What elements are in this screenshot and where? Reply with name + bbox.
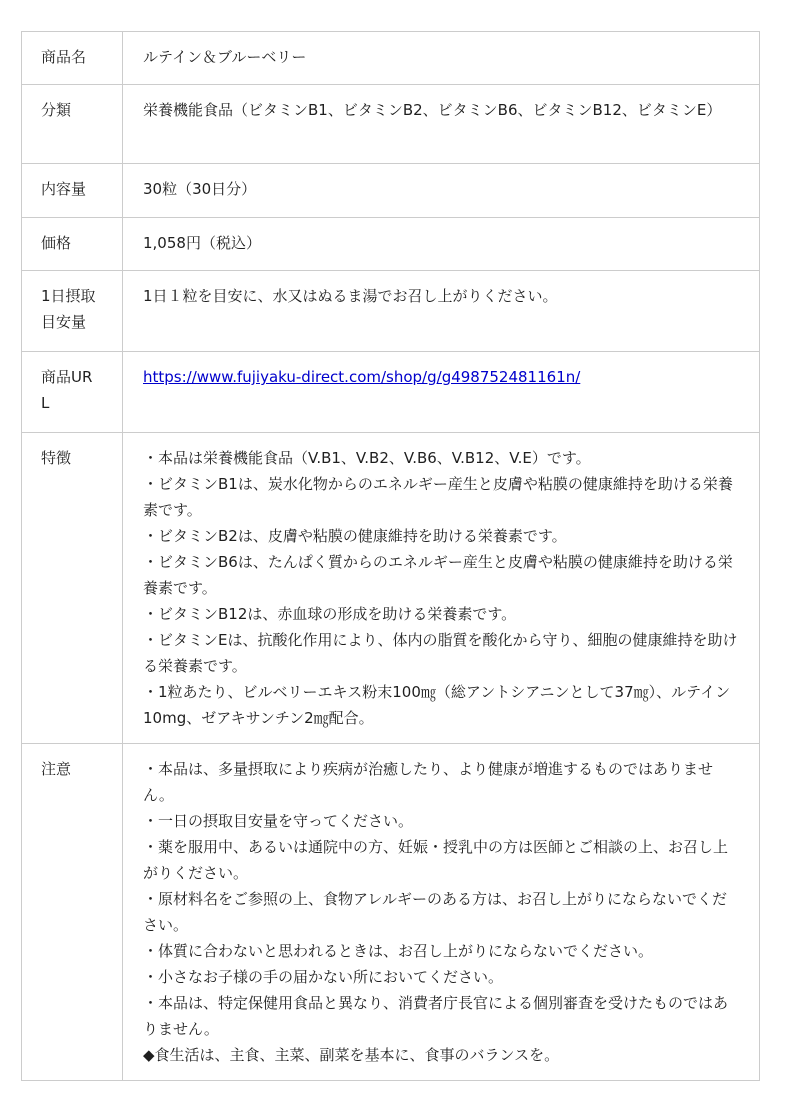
row-label-cautions: 注意 [22,744,123,1081]
caution-item: ・体質に合わないと思われるときは、お召し上がりにならないでください。 [143,938,741,964]
price-value: 1,058円（税込） [143,234,261,252]
feature-item: ・ビタミンB6は、たんぱく質からのエネルギー産生と皮膚や粘膜の健康維持を助ける栄… [143,549,741,601]
table-row: 商品URL https://www.fujiyaku-direct.com/sh… [22,352,760,433]
row-label-product-name: 商品名 [22,32,123,85]
table-row: 分類 栄養機能食品（ビタミンB1、ビタミンB2、ビタミンB6、ビタミンB12、ビ… [22,85,760,164]
caution-item: ・本品は、特定保健用食品と異なり、消費者庁長官による個別審査を受けたものではあり… [143,990,741,1042]
row-label-price: 価格 [22,218,123,271]
table-row: 価格 1,058円（税込） [22,218,760,271]
contents-value: 30粒（30日分） [143,180,256,198]
row-label-product-url: 商品URL [22,352,123,433]
table-row: 内容量 30粒（30日分） [22,164,760,218]
table-row: 商品名 ルテイン＆ブルーベリー [22,32,760,85]
daily-intake-value: 1日１粒を目安に、水又はぬるま湯でお召し上がりください。 [143,287,558,305]
feature-item: ・1粒あたり、ビルベリーエキス粉末100㎎（総アントシアニンとして37㎎）、ルテ… [143,679,741,731]
feature-item: ・ビタミンB2は、皮膚や粘膜の健康維持を助ける栄養素です。 [143,523,741,549]
caution-item: ・小さなお子様の手の届かない所においてください。 [143,964,741,990]
product-name-value: ルテイン＆ブルーベリー [143,48,306,66]
caution-item: ◆食生活は、主食、主菜、副菜を基本に、食事のバランスを。 [143,1042,741,1068]
caution-item: ・本品は、多量摂取により疾病が治癒したり、より健康が増進するものではありません。 [143,756,741,808]
feature-item: ・本品は栄養機能食品（V.B1、V.B2、V.B6、V.B12、V.E）です。 [143,445,741,471]
product-spec-table: 商品名 ルテイン＆ブルーベリー 分類 栄養機能食品（ビタミンB1、ビタミンB2、… [21,31,760,1081]
category-value: 栄養機能食品（ビタミンB1、ビタミンB2、ビタミンB6、ビタミンB12、ビタミン… [143,101,721,119]
product-url-link[interactable]: https://www.fujiyaku-direct.com/shop/g/g… [143,368,580,386]
features-list: ・本品は栄養機能食品（V.B1、V.B2、V.B6、V.B12、V.E）です。 … [123,433,760,744]
table-row: 特徴 ・本品は栄養機能食品（V.B1、V.B2、V.B6、V.B12、V.E）で… [22,433,760,744]
product-spec-page: 商品名 ルテイン＆ブルーベリー 分類 栄養機能食品（ビタミンB1、ビタミンB2、… [0,0,800,1093]
table-row: 注意 ・本品は、多量摂取により疾病が治癒したり、より健康が増進するものではありま… [22,744,760,1081]
row-label-contents: 内容量 [22,164,123,218]
table-row: 1日摂取目安量 1日１粒を目安に、水又はぬるま湯でお召し上がりください。 [22,271,760,352]
row-label-category: 分類 [22,85,123,164]
caution-item: ・原材料名をご参照の上、食物アレルギーのある方は、お召し上がりにならないでくださ… [143,886,741,938]
caution-item: ・一日の摂取目安量を守ってください。 [143,808,741,834]
feature-item: ・ビタミンB12は、赤血球の形成を助ける栄養素です。 [143,601,741,627]
row-label-features: 特徴 [22,433,123,744]
cautions-list: ・本品は、多量摂取により疾病が治癒したり、より健康が増進するものではありません。… [123,744,760,1081]
caution-item: ・薬を服用中、あるいは通院中の方、妊娠・授乳中の方は医師とご相談の上、お召し上が… [143,834,741,886]
feature-item: ・ビタミンB1は、炭水化物からのエネルギー産生と皮膚や粘膜の健康維持を助ける栄養… [143,471,741,523]
row-label-daily-intake: 1日摂取目安量 [22,271,123,352]
feature-item: ・ビタミンEは、抗酸化作用により、体内の脂質を酸化から守り、細胞の健康維持を助け… [143,627,741,679]
